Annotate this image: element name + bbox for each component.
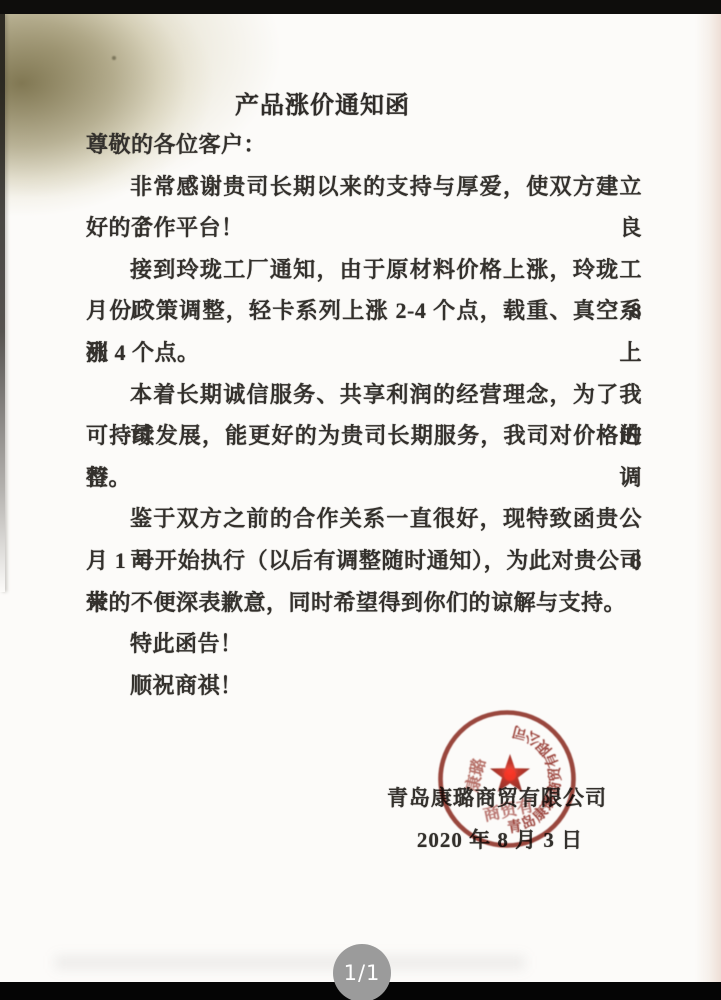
closing-line: 顺祝商祺！ xyxy=(86,665,642,707)
body-line: 非常感谢贵司长期以来的支持与厚爱，使双方建立了良 xyxy=(86,166,642,208)
document-title: 产品涨价通知函 xyxy=(0,85,645,120)
bottom-ghost-smudge xyxy=(55,956,525,969)
company-stamp: 青岛康璐商贸有限公司 康璐 商贸有 xyxy=(433,705,581,853)
body-line: 本着长期诚信服务、共享利润的经营理念，为了我司的 xyxy=(86,374,642,416)
salutation: 尊敬的各位客户： xyxy=(86,124,642,166)
body-line: 鉴于双方之前的合作关系一直很好，现特致函贵公司 8 xyxy=(86,498,642,540)
closing-line: 特此函告！ xyxy=(86,623,642,665)
document-body: 尊敬的各位客户： 非常感谢贵司长期以来的支持与厚爱，使双方建立了良 好的合作平台… xyxy=(86,124,642,706)
body-line: 月 1 号开始执行（以后有调整随时通知），为此对贵公司带 xyxy=(86,540,642,582)
page-indicator: 1/1 xyxy=(333,944,391,1000)
page-indicator-label: 1/1 xyxy=(344,961,381,985)
body-line: 可持续发展，能更好的为贵司长期服务，我司对价格进行调 xyxy=(86,415,642,457)
paper-speck xyxy=(112,56,116,60)
photographed-letter: 产品涨价通知函 尊敬的各位客户： 非常感谢贵司长期以来的支持与厚爱，使双方建立了… xyxy=(0,0,721,1000)
body-line: 接到玲珑工厂通知，由于原材料价格上涨，玲珑工厂 8 xyxy=(86,249,642,291)
body-line: 来的不便深表歉意，同时希望得到你们的谅解与支持。 xyxy=(86,582,642,624)
page-right-edge-tint xyxy=(695,14,721,982)
body-line: 月份政策调整，轻卡系列上涨 2-4 个点，载重、真空系列上 xyxy=(86,290,642,332)
top-letterbox-bar xyxy=(0,0,721,14)
star-glow xyxy=(504,769,516,781)
stamp-overlap-mark: 康璐 xyxy=(462,755,490,794)
